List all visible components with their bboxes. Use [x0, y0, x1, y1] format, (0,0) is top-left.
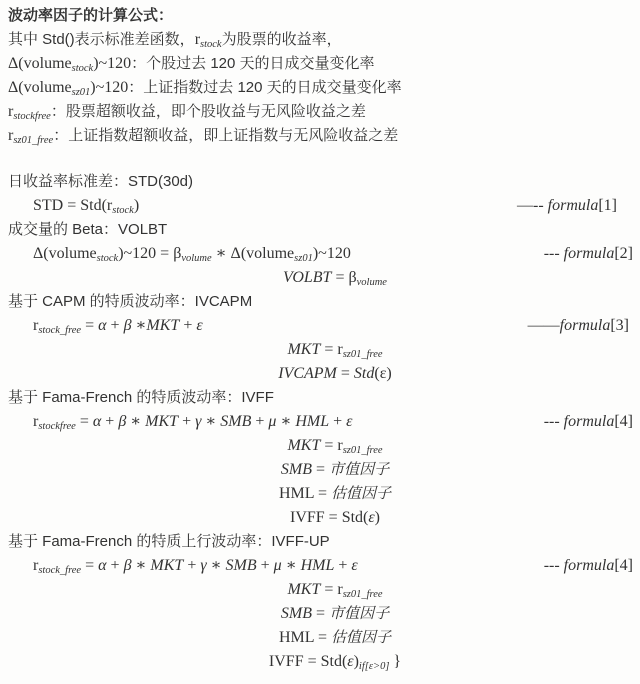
- sub-formula-line: SMB = 市值因子: [0, 602, 640, 626]
- text-segment: +: [334, 557, 351, 574]
- text-segment: stock: [97, 253, 119, 264]
- formula-label: —-- formula[1]: [517, 194, 617, 218]
- formula-label-segment: [4]: [614, 413, 633, 430]
- text-segment: ∗: [201, 413, 220, 430]
- text-segment: ): [375, 509, 380, 526]
- text-segment: =: [81, 557, 98, 574]
- text-segment: ∗: [132, 557, 151, 574]
- text-segment: HML: [295, 413, 329, 430]
- formula-label: ——formula[3]: [528, 314, 629, 338]
- text-segment: volume: [181, 253, 211, 264]
- text-segment: 市值因子: [329, 605, 389, 622]
- text-segment: =: [312, 605, 329, 622]
- text-segment: volume: [357, 277, 387, 288]
- text-segment: }: [389, 653, 401, 670]
- text-segment: ：股票超额收益，即个股收益与无风险收益之差: [51, 103, 366, 120]
- text-segment: IVFF = Std(: [290, 509, 368, 526]
- text-segment: ∗: [207, 557, 226, 574]
- text-segment: ：上证指数过去 120 天的日成交量变化率: [128, 79, 401, 96]
- sub-formula-line: HML = 估值因子: [0, 626, 640, 650]
- formula-label-segment: ---: [544, 557, 564, 574]
- text-line: 基于 Fama-French 的特质上行波动率：IVFF-UP: [0, 530, 640, 554]
- text-segment: +: [107, 317, 124, 334]
- text-segment: +: [179, 317, 196, 334]
- formula-label-segment: formula: [548, 197, 599, 214]
- formula-label: --- formula[2]: [544, 242, 633, 266]
- text-segment: 波动率因子的计算公式：: [8, 7, 173, 24]
- text-segment: IVCAPM: [278, 365, 337, 382]
- text-segment: MKT: [145, 413, 178, 430]
- text-segment: 估值因子: [331, 485, 391, 502]
- text-segment: sz01: [294, 253, 313, 264]
- text-segment: = r: [320, 437, 342, 454]
- formula-label-segment: formula: [560, 317, 611, 334]
- text-segment: HML =: [279, 485, 331, 502]
- text-segment: (ε): [374, 365, 391, 382]
- formula-line: rstockfree = α + β ∗ MKT + γ ∗ SMB + μ ∗…: [0, 410, 640, 434]
- text-line: 基于 Fama-French 的特质波动率：IVFF: [0, 386, 640, 410]
- text-segment: ：个股过去 120 天的日成交量变化率: [131, 55, 374, 72]
- text-segment: 成交量的 Beta：VOLBT: [8, 221, 167, 238]
- text-segment: +: [107, 557, 124, 574]
- text-segment: ∗: [276, 413, 295, 430]
- formula-label-segment: formula: [564, 245, 615, 262]
- text-segment: ): [134, 197, 139, 214]
- text-segment: stockfree: [13, 111, 51, 122]
- text-segment: 估值因子: [331, 629, 391, 646]
- text-segment: sz01_free: [343, 589, 383, 600]
- text-segment: Δ(volume: [33, 245, 97, 262]
- sub-formula-line: IVCAPM = Std(ε): [0, 362, 640, 386]
- text-segment: = β: [331, 269, 356, 286]
- text-segment: ∗: [132, 317, 147, 334]
- text-segment: stock_free: [38, 565, 81, 576]
- formula-label: --- formula[4]: [544, 410, 633, 434]
- text-segment: HML =: [279, 629, 331, 646]
- formula-expression: rstock_free = α + β ∗MKT + ε: [33, 314, 203, 343]
- text-segment: α: [98, 317, 106, 334]
- document-page: 波动率因子的计算公式：其中 Std()表示标准差函数，rstock为股票的收益率…: [0, 0, 640, 684]
- text-segment: = r: [320, 581, 342, 598]
- text-segment: 日收益率标准差：STD(30d): [8, 173, 193, 190]
- text-segment: )~120: [90, 79, 128, 96]
- text-segment: +: [101, 413, 118, 430]
- text-segment: MKT: [287, 437, 320, 454]
- text-segment: MKT: [287, 341, 320, 358]
- text-segment: ∗: [282, 557, 301, 574]
- text-segment: stockfree: [38, 421, 76, 432]
- formula-line: rstock_free = α + β ∗MKT + ε——formula[3]: [0, 314, 640, 338]
- text-segment: HML: [301, 557, 335, 574]
- sub-formula-line: SMB = 市值因子: [0, 458, 640, 482]
- text-segment: SMB: [226, 557, 257, 574]
- text-segment: ∗ Δ(volume: [212, 245, 294, 262]
- formula-label-segment: ——: [528, 317, 560, 334]
- text-segment: ∗: [126, 413, 145, 430]
- text-segment: =: [81, 317, 98, 334]
- text-segment: = r: [320, 341, 342, 358]
- text-segment: +: [257, 557, 274, 574]
- text-segment: sz01: [72, 87, 91, 98]
- formula-label-segment: [4]: [614, 557, 633, 574]
- text-segment: SMB: [281, 461, 312, 478]
- text-segment: MKT: [150, 557, 183, 574]
- formula-label-segment: formula: [564, 557, 615, 574]
- formula-label-segment: —--: [517, 197, 548, 214]
- page-title: 波动率因子的计算公式：: [0, 4, 640, 28]
- text-segment: )~120: [93, 55, 131, 72]
- text-segment: =: [76, 413, 93, 430]
- text-segment: sz01_free: [343, 349, 383, 360]
- text-segment: SMB: [220, 413, 251, 430]
- text-segment: sz01_free: [13, 135, 53, 146]
- text-segment: 基于 Fama-French 的特质上行波动率：IVFF-UP: [8, 533, 330, 550]
- text-segment: 其中 Std()表示标准差函数，: [8, 31, 195, 48]
- text-segment: sz01_free: [343, 445, 383, 456]
- text-segment: β: [124, 317, 132, 334]
- text-line: 成交量的 Beta：VOLBT: [0, 218, 640, 242]
- formula-label: --- formula[4]: [544, 554, 633, 578]
- text-line: rstockfree：股票超额收益，即个股收益与无风险收益之差: [0, 100, 640, 124]
- text-segment: )~120 = β: [118, 245, 181, 262]
- formula-line: Δ(volumestock)~120 = βvolume ∗ Δ(volumes…: [0, 242, 640, 266]
- text-segment: μ: [274, 557, 282, 574]
- text-segment: 基于 CAPM 的特质波动率：IVCAPM: [8, 293, 252, 310]
- text-line: 其中 Std()表示标准差函数，rstock为股票的收益率，: [0, 28, 640, 52]
- text-segment: Std: [354, 365, 374, 382]
- text-segment: =: [312, 461, 329, 478]
- text-line: 基于 CAPM 的特质波动率：IVCAPM: [0, 290, 640, 314]
- sub-formula-line: HML = 估值因子: [0, 482, 640, 506]
- text-segment: β: [124, 557, 132, 574]
- text-segment: )~120: [313, 245, 351, 262]
- text-segment: +: [178, 413, 195, 430]
- text-segment: MKT: [287, 581, 320, 598]
- formula-line: rstock_free = α + β ∗ MKT + γ ∗ SMB + μ …: [0, 554, 640, 578]
- formula-label-segment: [2]: [614, 245, 633, 262]
- spacer: [0, 148, 640, 170]
- text-segment: +: [329, 413, 346, 430]
- text-segment: ：上证指数超额收益，即上证指数与无风险收益之差: [53, 127, 398, 144]
- text-segment: +: [251, 413, 268, 430]
- text-segment: stock_free: [38, 325, 81, 336]
- formula-line: STD = Std(rstock)—-- formula[1]: [0, 194, 640, 218]
- text-segment: VOLBT: [283, 269, 331, 286]
- text-segment: +: [183, 557, 200, 574]
- text-line: rsz01_free：上证指数超额收益，即上证指数与无风险收益之差: [0, 124, 640, 148]
- text-segment: 市值因子: [329, 461, 389, 478]
- text-segment: if[ε>0]: [359, 661, 389, 672]
- text-line: 日收益率标准差：STD(30d): [0, 170, 640, 194]
- formula-label-segment: ---: [544, 245, 564, 262]
- text-segment: ε: [196, 317, 202, 334]
- text-segment: α: [98, 557, 106, 574]
- sub-formula-line: IVFF = Std(ε)if[ε>0] }: [0, 650, 640, 674]
- text-segment: IVFF = Std(: [269, 653, 347, 670]
- text-segment: MKT: [146, 317, 179, 334]
- text-segment: =: [337, 365, 354, 382]
- text-segment: stock: [72, 63, 94, 74]
- text-segment: Δ(volume: [8, 79, 72, 96]
- formula-label-segment: [1]: [598, 197, 617, 214]
- text-segment: STD = Std(r: [33, 197, 112, 214]
- text-line: Δ(volumestock)~120：个股过去 120 天的日成交量变化率: [0, 52, 640, 76]
- text-segment: ε: [346, 413, 352, 430]
- text-segment: stock: [200, 39, 222, 50]
- text-segment: SMB: [281, 605, 312, 622]
- text-line: Δ(volumesz01)~120：上证指数过去 120 天的日成交量变化率: [0, 76, 640, 100]
- formula-label-segment: formula: [564, 413, 615, 430]
- text-segment: stock: [112, 205, 134, 216]
- text-segment: 基于 Fama-French 的特质波动率：IVFF: [8, 389, 274, 406]
- text-segment: 为股票的收益率，: [222, 31, 342, 48]
- text-segment: Δ(volume: [8, 55, 72, 72]
- sub-formula-line: IVFF = Std(ε): [0, 506, 640, 530]
- formula-label-segment: ---: [544, 413, 564, 430]
- text-segment: ε: [351, 557, 357, 574]
- formula-label-segment: [3]: [610, 317, 629, 334]
